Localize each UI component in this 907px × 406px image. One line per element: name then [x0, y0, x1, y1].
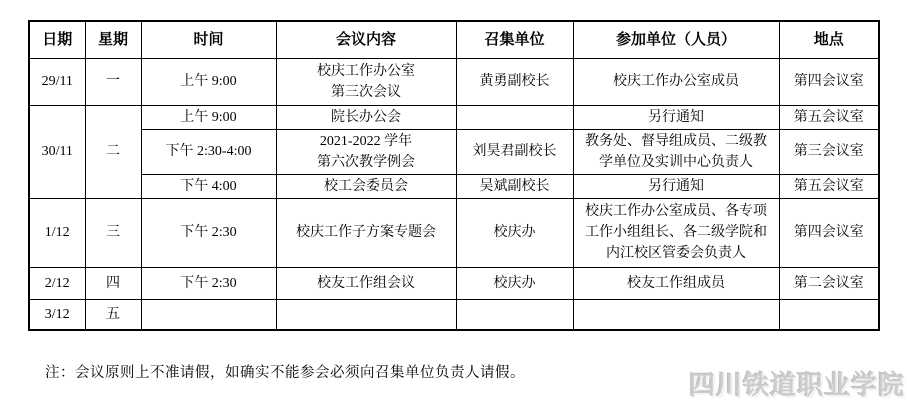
cell-location: 第三会议室 — [779, 129, 879, 174]
cell-convener — [456, 105, 573, 129]
cell-convener: 刘昊君副校长 — [456, 129, 573, 174]
cell-convener: 校庆办 — [456, 267, 573, 299]
cell-weekday: 三 — [85, 198, 141, 267]
cell-participants: 校庆工作办公室成员 — [573, 58, 779, 105]
col-header-location: 地点 — [779, 21, 879, 58]
cell-location: 第五会议室 — [779, 105, 879, 129]
col-header-content: 会议内容 — [276, 21, 456, 58]
cell-location: 第二会议室 — [779, 267, 879, 299]
cell-date: 29/11 — [29, 58, 85, 105]
meeting-schedule-table-wrap: 日期 星期 时间 会议内容 召集单位 参加单位（人员） 地点 29/11 一 上… — [28, 20, 880, 331]
table-row: 3/12 五 — [29, 299, 879, 330]
cell-date: 3/12 — [29, 299, 85, 330]
cell-participants: 校庆工作办公室成员、各专项工作小组组长、各二级学院和内江校区管委会负责人 — [573, 198, 779, 267]
cell-weekday: 四 — [85, 267, 141, 299]
table-row: 2/12 四 下午 2:30 校友工作组会议 校庆办 校友工作组成员 第二会议室 — [29, 267, 879, 299]
cell-content: 校友工作组会议 — [276, 267, 456, 299]
cell-participants: 校友工作组成员 — [573, 267, 779, 299]
cell-content: 校工会委员会 — [276, 174, 456, 198]
cell-convener — [456, 299, 573, 330]
cell-date: 1/12 — [29, 198, 85, 267]
cell-location: 第五会议室 — [779, 174, 879, 198]
footnote: 注：会议原则上不准请假，如确实不能参会必须向召集单位负责人请假。 — [45, 361, 525, 382]
cell-convener: 校庆办 — [456, 198, 573, 267]
col-header-convener: 召集单位 — [456, 21, 573, 58]
cell-date: 2/12 — [29, 267, 85, 299]
cell-content: 2021-2022 学年 第六次教学例会 — [276, 129, 456, 174]
cell-weekday: 二 — [85, 105, 141, 198]
cell-date: 30/11 — [29, 105, 85, 198]
cell-time — [141, 299, 276, 330]
cell-time: 下午 2:30 — [141, 267, 276, 299]
table-row: 30/11 二 上午 9:00 院长办公会 另行通知 第五会议室 — [29, 105, 879, 129]
meeting-schedule-table: 日期 星期 时间 会议内容 召集单位 参加单位（人员） 地点 29/11 一 上… — [28, 20, 880, 331]
col-header-participants: 参加单位（人员） — [573, 21, 779, 58]
col-header-time: 时间 — [141, 21, 276, 58]
cell-convener: 黄勇副校长 — [456, 58, 573, 105]
meeting-schedule-page: { "accent_colors": { "border": "#000000"… — [0, 0, 907, 406]
cell-time: 下午 2:30 — [141, 198, 276, 267]
cell-convener: 吴斌副校长 — [456, 174, 573, 198]
table-row: 29/11 一 上午 9:00 校庆工作办公室 第三次会议 黄勇副校长 校庆工作… — [29, 58, 879, 105]
cell-time: 下午 2:30-4:00 — [141, 129, 276, 174]
cell-location: 第四会议室 — [779, 58, 879, 105]
cell-participants: 另行通知 — [573, 174, 779, 198]
cell-content — [276, 299, 456, 330]
table-row: 下午 2:30-4:00 2021-2022 学年 第六次教学例会 刘昊君副校长… — [29, 129, 879, 174]
cell-location: 第四会议室 — [779, 198, 879, 267]
cell-participants: 另行通知 — [573, 105, 779, 129]
table-row: 下午 4:00 校工会委员会 吴斌副校长 另行通知 第五会议室 — [29, 174, 879, 198]
cell-content: 院长办公会 — [276, 105, 456, 129]
cell-time: 上午 9:00 — [141, 58, 276, 105]
cell-content: 校庆工作办公室 第三次会议 — [276, 58, 456, 105]
watermark-school-name: 四川铁道职业学院 — [689, 365, 905, 402]
table-header-row: 日期 星期 时间 会议内容 召集单位 参加单位（人员） 地点 — [29, 21, 879, 58]
cell-weekday: 一 — [85, 58, 141, 105]
col-header-date: 日期 — [29, 21, 85, 58]
cell-content: 校庆工作子方案专题会 — [276, 198, 456, 267]
cell-weekday: 五 — [85, 299, 141, 330]
cell-participants: 教务处、督导组成员、二级教学单位及实训中心负责人 — [573, 129, 779, 174]
cell-time: 下午 4:00 — [141, 174, 276, 198]
col-header-weekday: 星期 — [85, 21, 141, 58]
table-row: 1/12 三 下午 2:30 校庆工作子方案专题会 校庆办 校庆工作办公室成员、… — [29, 198, 879, 267]
cell-location — [779, 299, 879, 330]
cell-participants — [573, 299, 779, 330]
cell-time: 上午 9:00 — [141, 105, 276, 129]
